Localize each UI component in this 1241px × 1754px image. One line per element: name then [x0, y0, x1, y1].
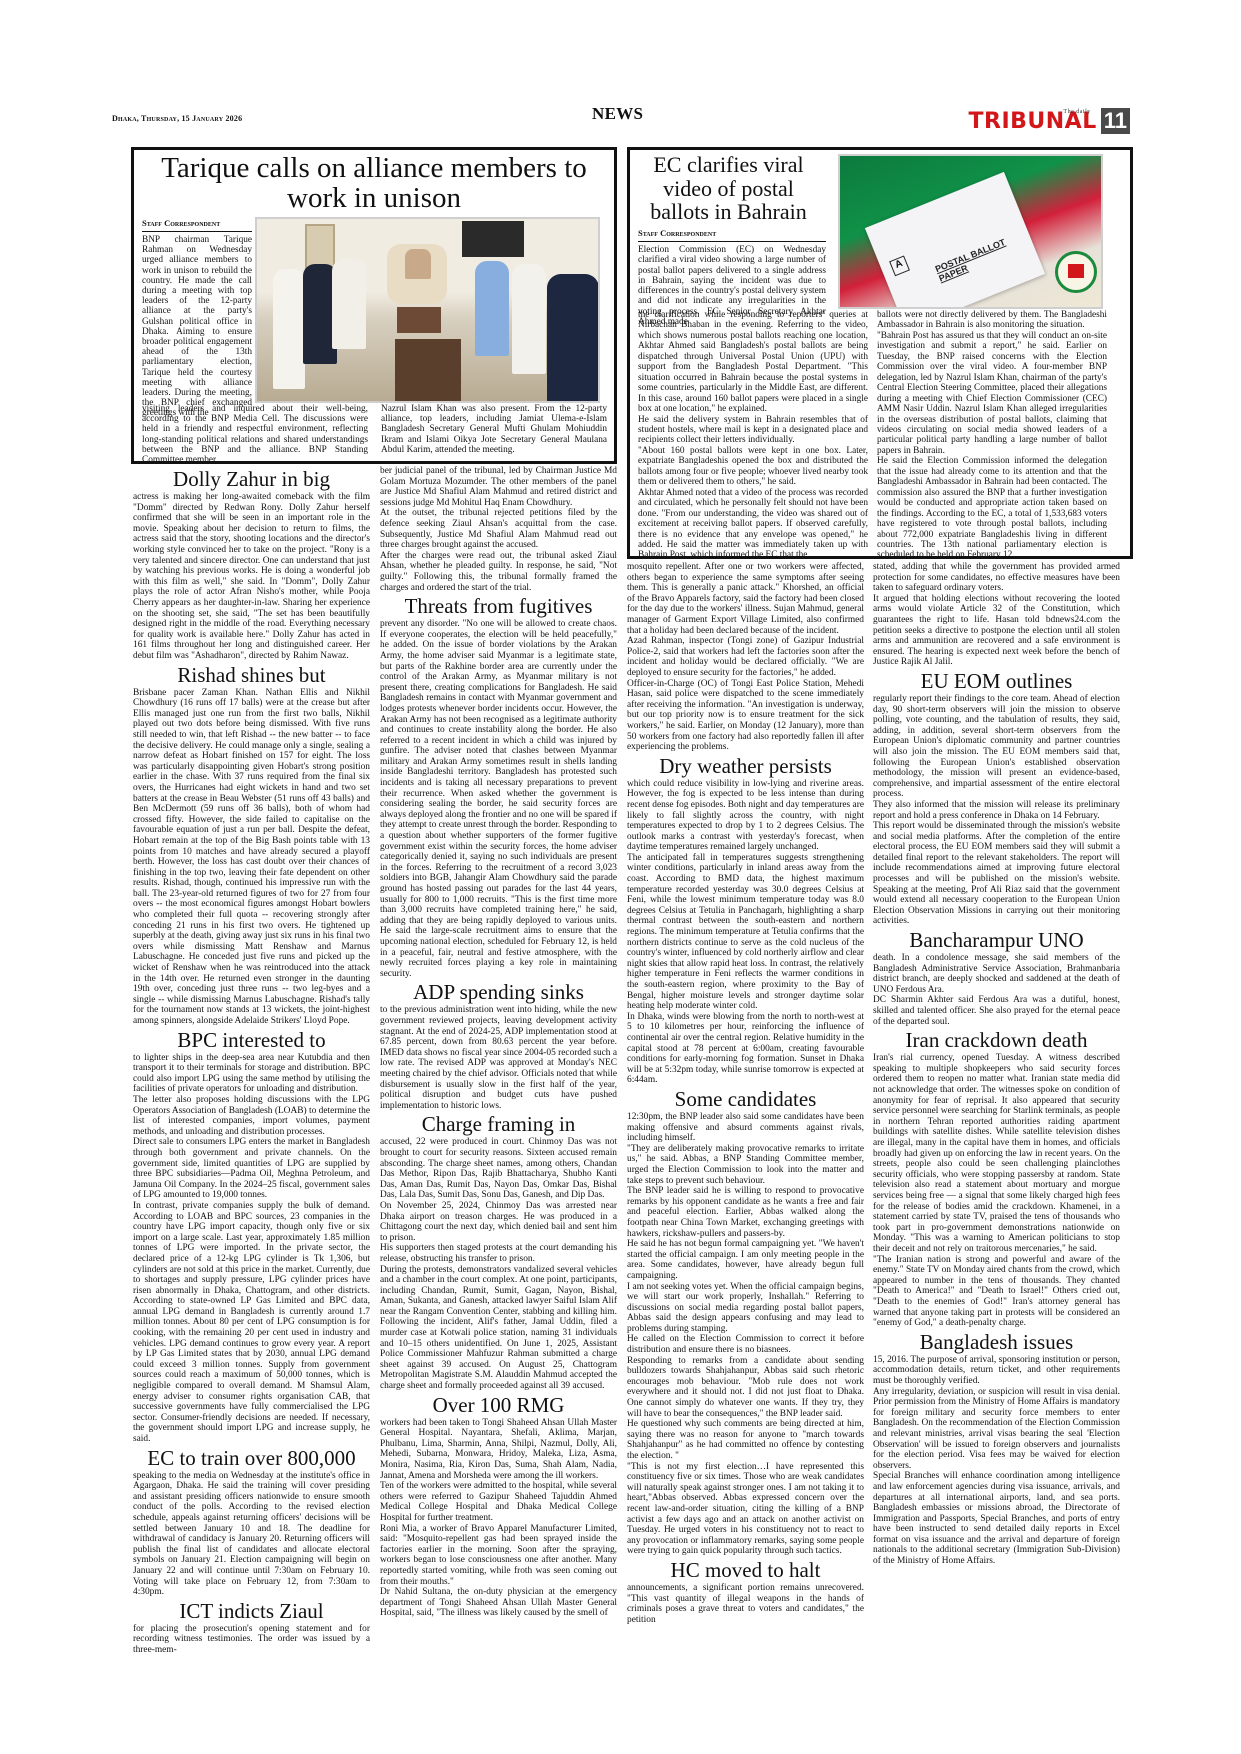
dateline: Dhaka, Thursday, 15 January 2026 [112, 114, 242, 123]
story-iran-crackdown: Iran crackdown death Iran's rial currenc… [873, 1029, 1120, 1328]
newspaper-logo: The daily TRIBUNAL 11 [969, 100, 1131, 134]
lead-bottom-left-text: visiting leaders and inquired about thei… [142, 404, 368, 465]
story-text: prevent any disorder. "No one will be al… [380, 619, 617, 979]
page-number: 11 [1101, 108, 1130, 134]
story-headline: EC to train over 800,000 [133, 1447, 370, 1469]
story-dry-weather: Dry weather persists which could reduce … [627, 755, 864, 1086]
story-headline: Threats from fugitives [380, 595, 617, 617]
lead-headline: Tarique calls on alliance members to wor… [134, 153, 614, 214]
story-text: Brisbane pacer Zaman Khan. Nathan Ellis … [133, 688, 370, 1027]
story-some-candidates: Some candidates 12:30pm, the BNP leader … [627, 1088, 864, 1557]
story-headline: BPC interested to [133, 1029, 370, 1051]
person-center-icon [405, 249, 431, 279]
story-headline: Charge framing in [380, 1113, 617, 1135]
story-text: to lighter ships in the deep-sea area ne… [133, 1053, 370, 1445]
column-4: stated, adding that while the government… [873, 562, 1120, 1567]
story-headline: Iran crackdown death [873, 1029, 1120, 1051]
story-headline: Some candidates [627, 1088, 864, 1110]
logo-wordmark: The daily TRIBUNAL [969, 110, 1097, 134]
story-rmg-workers: Over 100 RMG workers had been taken to T… [380, 1394, 617, 1619]
story-text: for placing the prosecution's opening st… [133, 1624, 370, 1656]
story-threats-fugitives: Threats from fugitives prevent any disor… [380, 595, 617, 979]
column-2: ber judicial panel of the tribunal, led … [380, 466, 617, 1619]
story-headline: Bangladesh issues [873, 1331, 1120, 1353]
story-headline: Bancharampur UNO [873, 929, 1120, 951]
lead-story-box: Tarique calls on alliance members to wor… [131, 147, 617, 464]
column-1: Dolly Zahur in big actress is making her… [133, 466, 370, 1656]
ec-right-text: ballots were not directly delivered by t… [877, 310, 1107, 561]
ballot-label: POSTAL BALLOT PAPER [934, 228, 1034, 284]
ec-emblem-icon [1055, 251, 1097, 293]
story-text: to the previous administration went into… [380, 1005, 617, 1111]
story-headline: Dolly Zahur in big [133, 468, 370, 490]
story-dolly-zahur: Dolly Zahur in big actress is making her… [133, 468, 370, 662]
story-text: death. In a condolence message, she said… [873, 953, 1120, 1027]
postal-ballot-photo: POSTAL BALLOT PAPER A [838, 154, 1103, 309]
lead-byline: Staff Correspondent [142, 218, 252, 232]
story-text: accused, 22 were produced in court. Chin… [380, 1137, 617, 1391]
person-left-1-icon [273, 269, 305, 389]
story-hc-moved: HC moved to halt announcements, a signif… [627, 1559, 864, 1625]
story-rmg-continued: mosquito repellent. After one or two wor… [627, 562, 864, 753]
ec-story-box: EC clarifies viral video of postal ballo… [627, 147, 1133, 559]
person-left-3-icon [332, 259, 366, 349]
story-hc-continued: stated, adding that while the government… [873, 562, 1120, 668]
section-title: NEWS [592, 104, 643, 124]
story-bangladesh-issues: Bangladesh issues 15, 2016. The purpose … [873, 1331, 1120, 1567]
story-text: workers had been taken to Tongi Shaheed … [380, 1418, 617, 1619]
coffee-table-icon [395, 339, 461, 401]
story-bpc: BPC interested to to lighter ships in th… [133, 1029, 370, 1445]
ballot-box-a-icon: A [889, 255, 910, 276]
story-headline: Dry weather persists [627, 755, 864, 777]
person-right-1-icon [475, 261, 509, 356]
story-text: mosquito repellent. After one or two wor… [627, 562, 864, 753]
ballot-box-icon [1068, 264, 1084, 278]
story-headline: Over 100 RMG [380, 1394, 617, 1416]
page-header: Dhaka, Thursday, 15 January 2026 NEWS Th… [112, 100, 1130, 134]
meeting-photo [255, 217, 600, 403]
person-right-2-icon [512, 264, 546, 374]
story-text: speaking to the media on Wednesday at th… [133, 1471, 370, 1598]
story-rishad: Rishad shines but Brisbane pacer Zaman K… [133, 664, 370, 1027]
story-headline: Rishad shines but [133, 664, 370, 686]
column-3: mosquito repellent. After one or two wor… [627, 562, 864, 1625]
lead-bottom-right-text: Nazrul Islam Khan was also present. From… [381, 404, 607, 455]
person-right-3-icon [547, 274, 599, 403]
story-ict-ziaul: ICT indicts Ziaul for placing the prosec… [133, 1600, 370, 1656]
ballot-envelope-icon: POSTAL BALLOT PAPER A [865, 172, 1045, 309]
story-text: regularly report their findings to the c… [873, 694, 1120, 927]
story-ec-training: EC to train over 800,000 speaking to the… [133, 1447, 370, 1598]
story-text: Iran's rial currency, opened Tuesday. A … [873, 1053, 1120, 1328]
story-eu-eom: EU EOM outlines regularly report their f… [873, 670, 1120, 927]
story-text: 12:30pm, the BNP leader also said some c… [627, 1112, 864, 1557]
story-text: 15, 2016. The purpose of arrival, sponso… [873, 1355, 1120, 1567]
story-text: stated, adding that while the government… [873, 562, 1120, 668]
ec-byline: Staff Correspondent [638, 228, 826, 242]
story-text: actress is making her long-awaited comeb… [133, 492, 370, 662]
story-text: which could reduce visibility in low-lyi… [627, 779, 864, 1086]
logo-tagline: The daily [1063, 100, 1090, 124]
story-text: ber judicial panel of the tribunal, led … [380, 466, 617, 593]
lead-side-text: BNP chairman Tarique Rahman on Wednesday… [142, 235, 252, 419]
ec-headline: EC clarifies viral video of postal ballo… [636, 153, 821, 224]
story-headline: HC moved to halt [627, 1559, 864, 1581]
story-charge-framing: Charge framing in accused, 22 were produ… [380, 1113, 617, 1391]
story-ict-continued: ber judicial panel of the tribunal, led … [380, 466, 617, 593]
story-adp-spending: ADP spending sinks to the previous admin… [380, 981, 617, 1111]
story-text: announcements, a significant portion rem… [627, 1583, 864, 1625]
small-table-icon [397, 307, 441, 333]
ec-left-text: the clarification while responding to re… [638, 310, 868, 561]
story-bancharampur-uno: Bancharampur UNO death. In a condolence … [873, 929, 1120, 1027]
story-headline: ICT indicts Ziaul [133, 1600, 370, 1622]
tv-screen-icon [462, 221, 524, 257]
story-headline: ADP spending sinks [380, 981, 617, 1003]
story-headline: EU EOM outlines [873, 670, 1120, 692]
